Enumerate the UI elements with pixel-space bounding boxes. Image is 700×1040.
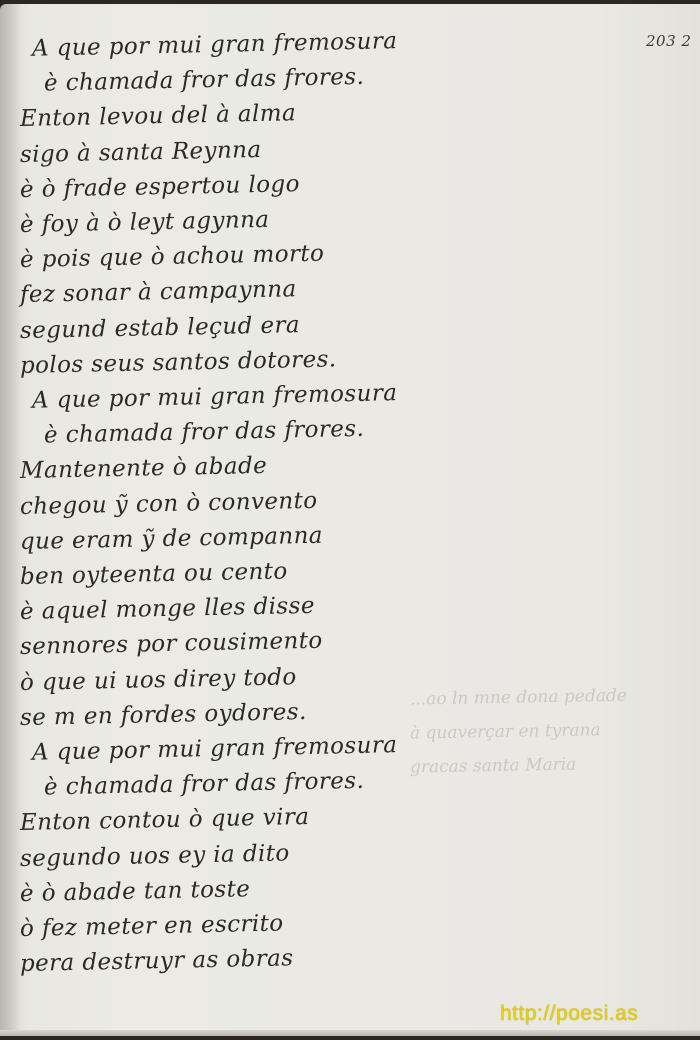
page-edge bbox=[0, 1030, 700, 1036]
manuscript-page: 203 2 ...ao ln mne dona pedade à quaverç… bbox=[0, 4, 700, 1036]
bleed-line: gracas santa Maria bbox=[410, 745, 700, 784]
handwritten-verse: A que por mui gran fremosuraè chamada fr… bbox=[20, 32, 440, 982]
page-number: 203 2 bbox=[646, 32, 691, 50]
bleed-through-text: ...ao ln mne dona pedade à quaverçar en … bbox=[410, 680, 700, 782]
bleed-line: ...ao ln mne dona pedade bbox=[410, 677, 700, 716]
bleed-line: à quaverçar en tyrana bbox=[410, 711, 700, 750]
verse-line: pera destruyr as obras bbox=[20, 938, 441, 982]
watermark-url: http://poesi.as bbox=[500, 1002, 638, 1026]
